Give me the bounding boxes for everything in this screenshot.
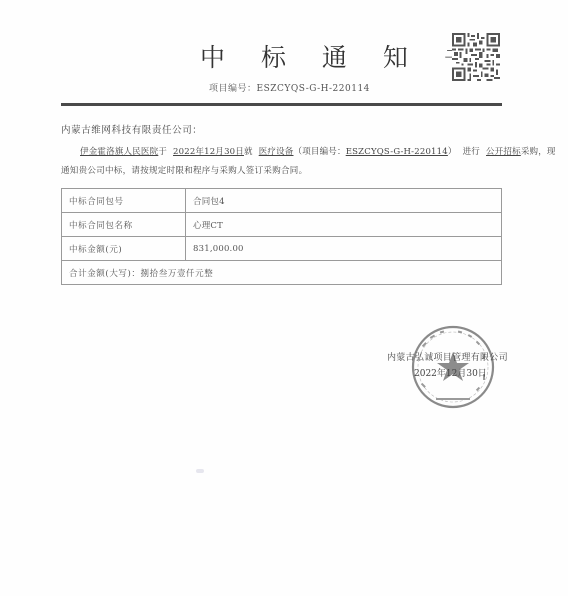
project-number-label: 项目编号： bbox=[209, 84, 257, 94]
document-title: 中 标 通 知 书 bbox=[200, 38, 420, 74]
award-amount-label: 中标金额(元) bbox=[62, 237, 186, 261]
signing-date: 2022年12月30日 bbox=[414, 366, 487, 379]
text-on: 于 bbox=[158, 147, 167, 157]
text-for: 就 bbox=[244, 147, 253, 157]
text-conduct: 进行 bbox=[463, 147, 480, 157]
total-amount-cell: 合计金额(大写)：捌拾叁万壹仟元整 bbox=[62, 261, 502, 285]
paren-close: ） bbox=[448, 147, 457, 157]
notice-body-line-1: 伊金霍洛旗人民医院于2022年12月30日就医疗设备（项目编号：ESZCYQS-… bbox=[80, 145, 556, 157]
scan-artifact bbox=[196, 469, 204, 473]
text-procure: 采购，现 bbox=[521, 147, 556, 157]
table-row: 中标合同包名称 心理CT bbox=[62, 213, 502, 237]
package-name-label: 中标合同包名称 bbox=[62, 213, 186, 237]
procurement-method: 公开招标 bbox=[486, 147, 521, 157]
recipient-company: 内蒙古维网科技有限责任公司： bbox=[61, 122, 202, 136]
total-amount-value: 捌拾叁万壹仟元整 bbox=[141, 269, 214, 279]
package-number-label: 中标合同包号 bbox=[62, 189, 186, 213]
table-row: 中标金额(元) 831,000.00 bbox=[62, 237, 502, 261]
paren-open: （项目编号： bbox=[294, 147, 346, 157]
project-number-line: 项目编号：ESZCYQS-G-H-220114 bbox=[209, 81, 370, 94]
award-date: 2022年12月30日 bbox=[173, 147, 244, 157]
package-number-value: 合同包4 bbox=[186, 189, 502, 213]
signing-company: 内蒙古弘诚项目管理有限公司 bbox=[387, 350, 508, 363]
purchaser-name: 伊金霍洛旗人民医院 bbox=[80, 147, 158, 157]
header-divider bbox=[61, 103, 502, 106]
package-name-value: 心理CT bbox=[186, 213, 502, 237]
total-amount-label: 合计金额(大写)： bbox=[69, 269, 141, 279]
table-row: 中标合同包号 合同包4 bbox=[62, 189, 502, 213]
table-row-total: 合计金额(大写)：捌拾叁万壹仟元整 bbox=[62, 261, 502, 285]
procurement-item: 医疗设备 bbox=[259, 147, 294, 157]
award-amount-value: 831,000.00 bbox=[186, 237, 502, 261]
bid-award-notice-page: 中 标 通 知 书 项目编号：ESZCYQS-G-H-220114 内蒙古维网科… bbox=[0, 0, 568, 596]
project-number-value: ESZCYQS-G-H-220114 bbox=[257, 84, 370, 94]
notice-body-line-2: 通知贵公司中标，请按规定时限和程序与采购人签订采购合同。 bbox=[61, 164, 307, 176]
body-project-number: ESZCYQS-G-H-220114 bbox=[346, 147, 448, 157]
award-details-table: 中标合同包号 合同包4 中标合同包名称 心理CT 中标金额(元) 831,000… bbox=[61, 188, 502, 285]
qr-code-icon bbox=[452, 33, 500, 81]
